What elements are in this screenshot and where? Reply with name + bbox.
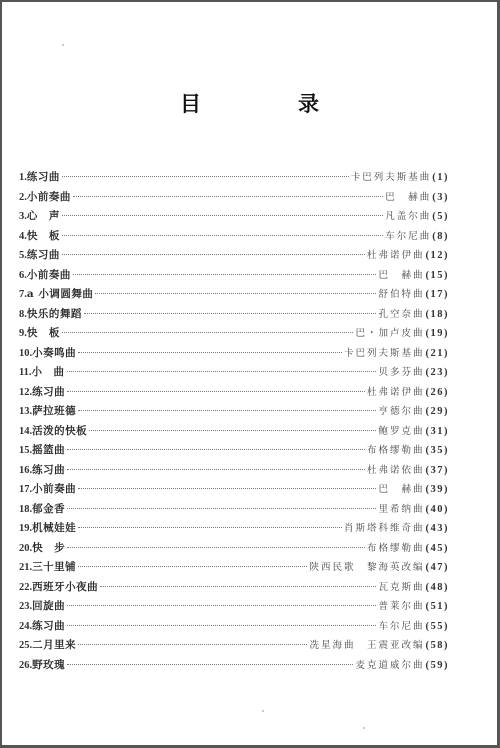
entry-composer: 亨德尔曲: [378, 402, 424, 422]
dot-leader: [78, 527, 342, 528]
toc-entry[interactable]: 16. 练习曲 杜弗诺依曲 (37): [19, 461, 449, 481]
entry-title: 小前奏曲: [32, 480, 76, 500]
entry-page: (39): [426, 480, 450, 500]
toc-entry[interactable]: 24. 练习曲 车尔尼曲 (55): [19, 617, 449, 637]
entry-page: (45): [426, 539, 450, 559]
entry-title: 回旋曲: [32, 597, 65, 617]
scan-speck: [262, 710, 264, 712]
dot-leader: [62, 215, 383, 216]
entry-composer: 凡盖尔曲: [385, 207, 431, 227]
entry-composer: 麦克道威尔曲: [355, 656, 424, 676]
entry-composer: 布格缪勒曲: [367, 441, 425, 461]
toc-entry[interactable]: 2. 小前奏曲 巴 赫曲 (3): [19, 188, 449, 208]
entry-composer: 巴 赫曲: [378, 266, 424, 286]
entry-number: 18.: [19, 500, 32, 520]
entry-composer: 巴 赫曲: [385, 188, 431, 208]
entry-number: 1.: [19, 168, 27, 188]
entry-page: (51): [426, 597, 450, 617]
entry-number: 12.: [19, 383, 32, 403]
entry-title: 快 步: [32, 539, 65, 559]
entry-number: 7.: [19, 285, 27, 305]
entry-number: 10.: [19, 344, 32, 364]
entry-title: 快 板: [27, 324, 60, 344]
entry-number: 5.: [19, 246, 27, 266]
entry-title: 快 板: [27, 227, 60, 247]
entry-composer: 车尔尼曲: [385, 227, 431, 247]
entry-page: (58): [426, 636, 450, 656]
dot-leader: [78, 566, 307, 567]
entry-number: 20.: [19, 539, 32, 559]
entry-number: 23.: [19, 597, 32, 617]
toc-entry[interactable]: 26. 野玫瑰 麦克道威尔曲 (59): [19, 656, 449, 676]
dot-leader: [67, 371, 377, 372]
entry-title: 萨拉班德: [32, 402, 76, 422]
dot-leader: [84, 313, 377, 314]
entry-page: (5): [432, 207, 449, 227]
entry-page: (21): [426, 344, 450, 364]
entry-composer: 杜弗诺伊曲: [367, 246, 425, 266]
entry-title: 小 曲: [32, 363, 65, 383]
dot-leader: [100, 586, 376, 587]
entry-page: (55): [426, 617, 450, 637]
dot-leader: [67, 508, 376, 509]
entry-title: 二月里来: [32, 636, 76, 656]
entry-number: 8.: [19, 305, 27, 325]
entry-title: 练习曲: [32, 617, 65, 637]
toc-entry[interactable]: 17. 小前奏曲 巴 赫曲 (39): [19, 480, 449, 500]
toc-entry[interactable]: 9. 快 板 巴・加卢皮曲 (19): [19, 324, 449, 344]
entry-composer: 里希纳曲: [378, 500, 424, 520]
entry-composer: 瓦克斯曲: [378, 578, 424, 598]
entry-number: 4.: [19, 227, 27, 247]
dot-leader: [67, 469, 365, 470]
entry-page: (12): [426, 246, 450, 266]
entry-title: 活泼的快板: [32, 422, 87, 442]
page-title: 目 录: [2, 88, 497, 118]
toc-entry[interactable]: 21. 三十里铺 陕西民歌 黎海英改编 (47): [19, 558, 449, 578]
dot-leader: [67, 391, 365, 392]
entry-composer: 贝多芬曲: [378, 363, 424, 383]
entry-page: (47): [426, 558, 450, 578]
entry-page: (43): [426, 519, 450, 539]
dot-leader: [89, 430, 376, 431]
entry-page: (8): [432, 227, 449, 247]
scan-speck: [62, 44, 64, 46]
entry-page: (31): [426, 422, 450, 442]
toc-entry[interactable]: 12. 练习曲 杜弗诺伊曲 (26): [19, 383, 449, 403]
entry-composer: 车尔尼曲: [378, 617, 424, 637]
dot-leader: [62, 332, 354, 333]
entry-page: (59): [426, 656, 450, 676]
toc-entry[interactable]: 10. 小奏鸣曲 卡巴列夫斯基曲 (21): [19, 344, 449, 364]
dot-leader: [67, 664, 353, 665]
entry-page: (1): [432, 168, 449, 188]
entry-number: 15.: [19, 441, 32, 461]
dot-leader: [78, 352, 342, 353]
entry-composer: 普莱尔曲: [378, 597, 424, 617]
dot-leader: [62, 254, 365, 255]
entry-composer: 肖斯塔科维奇曲: [344, 519, 425, 539]
entry-number: 26.: [19, 656, 32, 676]
entry-title: 机械娃娃: [32, 519, 76, 539]
entry-composer: 孔空奈曲: [378, 305, 424, 325]
document-page: 目 录 1. 练习曲 卡巴列夫斯基曲 (1) 2. 小前奏曲 巴 赫曲 (3) …: [0, 0, 500, 748]
entry-page: (40): [426, 500, 450, 520]
dot-leader: [67, 625, 376, 626]
dot-leader: [67, 449, 365, 450]
dot-leader: [73, 274, 377, 275]
entry-number: 13.: [19, 402, 32, 422]
entry-title: 练习曲: [32, 383, 65, 403]
entry-page: (26): [426, 383, 450, 403]
entry-page: (35): [426, 441, 450, 461]
entry-composer: 卡巴列夫斯基曲: [351, 168, 432, 188]
dot-leader: [62, 235, 383, 236]
entry-title: 心 声: [27, 207, 60, 227]
toc-entry[interactable]: 6. 小前奏曲 巴 赫曲 (15): [19, 266, 449, 286]
entry-composer: 陕西民歌 黎海英改编: [309, 558, 424, 578]
toc-entry[interactable]: 5. 练习曲 杜弗诺伊曲 (12): [19, 246, 449, 266]
toc-entry[interactable]: 8. 快乐的舞蹈 孔空奈曲 (18): [19, 305, 449, 325]
entry-composer: 冼星海曲 王震亚改编: [309, 636, 424, 656]
entry-title: 练习曲: [27, 246, 60, 266]
toc-entry[interactable]: 20. 快 步 布格缪勒曲 (45): [19, 539, 449, 559]
entry-composer: 杜弗诺依曲: [367, 461, 425, 481]
entry-page: (48): [426, 578, 450, 598]
dot-leader: [62, 176, 349, 177]
toc-entry[interactable]: 14. 活泼的快板 鲍罗克曲 (31): [19, 422, 449, 442]
dot-leader: [95, 293, 376, 294]
entry-composer: 卡巴列夫斯基曲: [344, 344, 425, 364]
toc-entry[interactable]: 7. a 小调圆舞曲 舒伯特曲 (17): [19, 285, 449, 305]
entry-title: 摇篮曲: [32, 441, 65, 461]
toc-entry[interactable]: 25. 二月里来 冼星海曲 王震亚改编 (58): [19, 636, 449, 656]
entry-number: 16.: [19, 461, 32, 481]
entry-number: 3.: [19, 207, 27, 227]
toc-entry[interactable]: 19. 机械娃娃 肖斯塔科维奇曲 (43): [19, 519, 449, 539]
dot-leader: [73, 196, 383, 197]
entry-number: 19.: [19, 519, 32, 539]
entry-title: 小奏鸣曲: [32, 344, 76, 364]
entry-title: 练习曲: [27, 168, 60, 188]
entry-page: (19): [426, 324, 450, 344]
entry-number: 22.: [19, 578, 32, 598]
entry-title: 野玫瑰: [32, 656, 65, 676]
dot-leader: [67, 547, 365, 548]
entry-number: 9.: [19, 324, 27, 344]
entry-number: 25.: [19, 636, 32, 656]
entry-number: 14.: [19, 422, 32, 442]
toc-entry[interactable]: 4. 快 板 车尔尼曲 (8): [19, 227, 449, 247]
table-of-contents: 1. 练习曲 卡巴列夫斯基曲 (1) 2. 小前奏曲 巴 赫曲 (3) 3. 心…: [19, 168, 449, 675]
dot-leader: [78, 644, 307, 645]
entry-page: (29): [426, 402, 450, 422]
entry-composer: 布格缪勒曲: [367, 539, 425, 559]
entry-title: a 小调圆舞曲: [27, 285, 93, 305]
dot-leader: [67, 605, 376, 606]
entry-title: 西班牙小夜曲: [32, 578, 98, 598]
entry-number: 17.: [19, 480, 32, 500]
toc-entry[interactable]: 15. 摇篮曲 布格缪勒曲 (35): [19, 441, 449, 461]
entry-number: 24.: [19, 617, 32, 637]
entry-number: 21.: [19, 558, 32, 578]
toc-entry[interactable]: 22. 西班牙小夜曲 瓦克斯曲 (48): [19, 578, 449, 598]
dot-leader: [78, 410, 376, 411]
entry-title: 郁金香: [32, 500, 65, 520]
toc-entry[interactable]: 11. 小 曲 贝多芬曲 (23): [19, 363, 449, 383]
toc-entry[interactable]: 13. 萨拉班德 亨德尔曲 (29): [19, 402, 449, 422]
entry-page: (17): [426, 285, 450, 305]
entry-title: 小前奏曲: [27, 266, 71, 286]
entry-page: (18): [426, 305, 450, 325]
entry-title: 三十里铺: [32, 558, 76, 578]
scan-speck: [363, 727, 365, 729]
toc-entry[interactable]: 23. 回旋曲 普莱尔曲 (51): [19, 597, 449, 617]
toc-entry[interactable]: 1. 练习曲 卡巴列夫斯基曲 (1): [19, 168, 449, 188]
entry-page: (23): [426, 363, 450, 383]
entry-number: 6.: [19, 266, 27, 286]
entry-number: 2.: [19, 188, 27, 208]
toc-entry[interactable]: 3. 心 声 凡盖尔曲 (5): [19, 207, 449, 227]
entry-number: 11.: [19, 363, 32, 383]
toc-entry[interactable]: 18. 郁金香 里希纳曲 (40): [19, 500, 449, 520]
entry-page: (37): [426, 461, 450, 481]
entry-composer: 杜弗诺伊曲: [367, 383, 425, 403]
entry-title: 快乐的舞蹈: [27, 305, 82, 325]
entry-page: (15): [426, 266, 450, 286]
entry-title: 练习曲: [32, 461, 65, 481]
dot-leader: [78, 488, 376, 489]
entry-title: 小前奏曲: [27, 188, 71, 208]
entry-page: (3): [432, 188, 449, 208]
entry-composer: 鲍罗克曲: [378, 422, 424, 442]
entry-composer: 舒伯特曲: [378, 285, 424, 305]
entry-composer: 巴 赫曲: [378, 480, 424, 500]
entry-composer: 巴・加卢皮曲: [355, 324, 424, 344]
